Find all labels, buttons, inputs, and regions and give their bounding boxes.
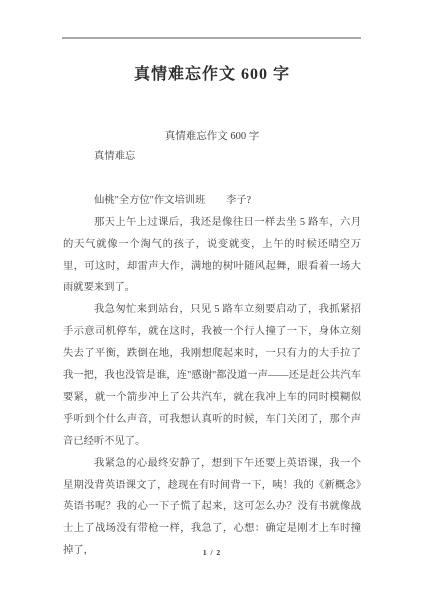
document-subtitle: 真情难忘作文 600 字 xyxy=(0,128,424,143)
page-number: 1 / 2 xyxy=(0,548,424,557)
paragraph-1: 那天上午上过课后，我还是像往日一样去坐 5 路车，六月的天气就像一个淘气的孩子，… xyxy=(63,212,361,300)
page-top-divider xyxy=(62,37,361,39)
essay-heading: 真情难忘 xyxy=(63,146,361,168)
paragraph-3: 我紧急的心最终安静了，想到下午还要上英语课，我一个星期没背英语课文了，趁现在有时… xyxy=(63,453,361,563)
document-title: 真情难忘作文 600 字 xyxy=(0,61,424,84)
document-body: 真情难忘 仙桃"全方位"作文培训班 李子? 那天上午上过课后，我还是像往日一样去… xyxy=(63,146,361,562)
byline: 仙桃"全方位"作文培训班 李子? xyxy=(63,190,361,212)
document-page: 真情难忘作文 600 字 真情难忘作文 600 字 真情难忘 仙桃"全方位"作文… xyxy=(0,0,424,600)
paragraph-2: 我急匆忙来到站台，只见 5 路车立刻要启动了，我抓紧招手示意司机停车，就在这时，… xyxy=(63,299,361,452)
